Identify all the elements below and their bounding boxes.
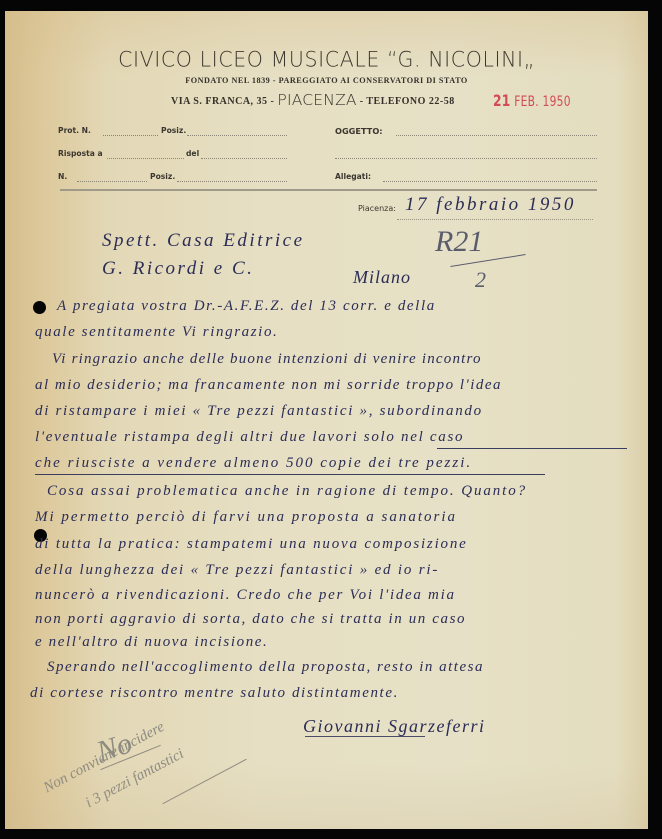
- posiz-label-1: Posiz.: [161, 126, 186, 135]
- del-field: [201, 158, 287, 159]
- header-divider: [60, 189, 597, 191]
- risposta-label: Risposta a: [58, 149, 103, 158]
- del-label: del: [186, 149, 199, 158]
- posiz-field-2: [177, 181, 287, 182]
- body-line-12: nuncerò a rivendicazioni. Credo che per …: [35, 587, 456, 604]
- recipient-line-2: G. Ricordi e C.: [102, 258, 254, 280]
- letterhead-subtitle: FONDATO NEL 1839 - PAREGGIATO AI CONSERV…: [5, 76, 648, 85]
- punch-hole-top: [33, 301, 46, 314]
- recipient-line-1: Spett. Casa Editrice: [102, 230, 305, 252]
- body-line-8: Cosa assai problematica anche in ragione…: [47, 483, 527, 500]
- body-line-1: A pregiata vostra Dr.-A.F.E.Z. del 13 co…: [57, 298, 436, 315]
- body-line-13: non porti aggravio di sorta, dato che si…: [35, 611, 466, 628]
- body-line-14: e nell'altro di nuova incisione.: [35, 634, 268, 651]
- body-line-2: quale sentitamente Vi ringrazio.: [35, 324, 278, 341]
- risposta-field: [107, 158, 184, 159]
- n-label: N.: [58, 172, 67, 181]
- n-field: [77, 181, 147, 182]
- prot-n-label: Prot. N.: [58, 126, 91, 135]
- body-line-3: Vi ringrazio anche delle buone intenzion…: [52, 351, 482, 368]
- stamp-month-year: FEB. 1950: [511, 94, 571, 110]
- oggetto-field: [396, 135, 597, 136]
- letterhead-title: CIVICO LICEO MUSICALE “G. NICOLINI„: [5, 46, 648, 71]
- oggetto-field-line2: [335, 158, 597, 159]
- allegati-label: Allegati:: [335, 172, 371, 181]
- place-label: Piacenza:: [358, 204, 396, 213]
- letter-page: CIVICO LICEO MUSICALE “G. NICOLINI„ FOND…: [5, 11, 648, 829]
- date-line: [397, 219, 593, 220]
- received-date-stamp: 21 FEB. 1950: [493, 91, 571, 110]
- body-line-5: di ristampare i miei « Tre pezzi fantast…: [35, 403, 483, 420]
- address-phone: - TELEFONO 22-58: [357, 96, 455, 107]
- posiz-field-1: [187, 135, 287, 136]
- registry-note-top: R21: [435, 225, 483, 259]
- body-line-15: Sperando nell'accoglimento della propost…: [47, 659, 484, 676]
- address-street: VIA S. FRANCA, 35 -: [171, 96, 277, 107]
- signature: Giovanni Sgarzeferri: [303, 716, 486, 737]
- body-line-10: di tutta la pratica: stampatemi una nuov…: [35, 536, 468, 553]
- address-city: PIACENZA: [277, 91, 356, 109]
- body-line-4: al mio desiderio; ma francamente non mi …: [35, 377, 502, 394]
- oggetto-label: OGGETTO:: [335, 126, 383, 136]
- posiz-label-2: Posiz.: [150, 172, 175, 181]
- allegati-field: [383, 181, 597, 182]
- stamp-day: 21: [493, 91, 511, 110]
- body-line-11: della lunghezza dei « Tre pezzi fantasti…: [35, 562, 439, 579]
- prot-n-field: [103, 135, 158, 136]
- handwritten-date: 17 febbraio 1950: [405, 194, 576, 216]
- letterhead-address: VIA S. FRANCA, 35 - PIACENZA - TELEFONO …: [171, 90, 455, 108]
- body-line-7: che riusciste a vendere almeno 500 copie…: [35, 455, 472, 472]
- recipient-city: Milano: [353, 267, 411, 288]
- underline-2: [35, 474, 545, 475]
- body-line-16: di cortese riscontro mentre saluto disti…: [30, 685, 399, 702]
- signature-underline: [305, 736, 425, 737]
- body-line-6: l'eventuale ristampa degli altri due lav…: [35, 429, 464, 446]
- body-line-9: Mi permetto perciò di farvi una proposta…: [35, 509, 457, 526]
- registry-note-bottom: 2: [475, 267, 486, 293]
- underline-1: [437, 448, 627, 449]
